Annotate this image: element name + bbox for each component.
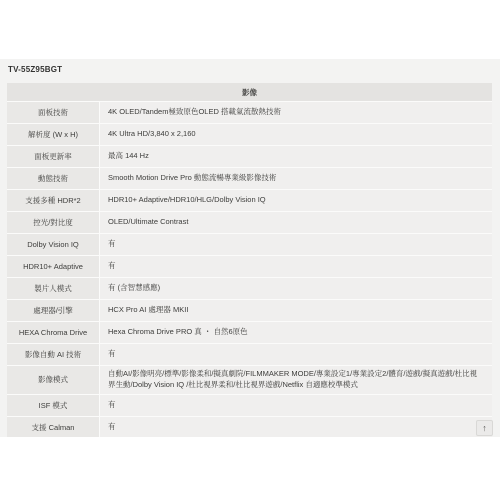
table-row: 支援多種 HDR*2 HDR10+ Adaptive/HDR10/HLG/Dol…	[7, 190, 492, 212]
spec-label: 動態技術	[7, 168, 100, 189]
table-row: 動態技術 Smooth Motion Drive Pro 動態流暢專業級影像技術	[7, 168, 492, 190]
table-row: 解析度 (W x H) 4K Ultra HD/3,840 x 2,160	[7, 124, 492, 146]
spec-label: HDR10+ Adaptive	[7, 256, 100, 277]
page: TV-55Z95BGT 影像 面板技術 4K OLED/Tandem極致原色OL…	[0, 0, 500, 500]
spec-label: 面板更新率	[7, 146, 100, 167]
spec-value: 有	[100, 256, 492, 277]
table-row: 支援 Calman 有	[7, 417, 492, 437]
spec-value: OLED/Ultimate Contrast	[100, 212, 492, 233]
section-header: 影像	[7, 83, 492, 102]
spec-label: 面板技術	[7, 102, 100, 123]
spec-label: ISF 模式	[7, 395, 100, 416]
table-row: 處理器/引擎 HCX Pro AI 處理器 MKII	[7, 300, 492, 322]
spec-value: 有	[100, 234, 492, 255]
spec-value: 有	[100, 344, 492, 365]
back-to-top-button[interactable]: ↑	[476, 420, 493, 436]
spec-label: 支援 Calman	[7, 417, 100, 437]
spec-value: Smooth Motion Drive Pro 動態流暢專業級影像技術	[100, 168, 492, 189]
spec-label: Dolby Vision IQ	[7, 234, 100, 255]
spec-label: 影像自動 AI 技術	[7, 344, 100, 365]
spec-rows-container: 面板技術 4K OLED/Tandem極致原色OLED 搭載氣流散熱技術 解析度…	[7, 102, 492, 437]
spec-label: 製片人模式	[7, 278, 100, 299]
up-arrow-icon: ↑	[482, 423, 487, 433]
page-title: TV-55Z95BGT	[8, 65, 500, 74]
spec-value: 有	[100, 395, 492, 416]
table-row: 控光/對比度 OLED/Ultimate Contrast	[7, 212, 492, 234]
table-row: Dolby Vision IQ 有	[7, 234, 492, 256]
spec-table: 影像 面板技術 4K OLED/Tandem極致原色OLED 搭載氣流散熱技術 …	[7, 83, 492, 437]
spec-label: HEXA Chroma Drive	[7, 322, 100, 343]
spec-value: 4K Ultra HD/3,840 x 2,160	[100, 124, 492, 145]
table-row: 面板更新率 最高 144 Hz	[7, 146, 492, 168]
table-row: 製片人模式 有 (含智慧感應)	[7, 278, 492, 300]
table-row: HDR10+ Adaptive 有	[7, 256, 492, 278]
spec-label: 支援多種 HDR*2	[7, 190, 100, 211]
spec-value: HDR10+ Adaptive/HDR10/HLG/Dolby Vision I…	[100, 190, 492, 211]
table-row: 面板技術 4K OLED/Tandem極致原色OLED 搭載氣流散熱技術	[7, 102, 492, 124]
spec-label: 影像模式	[7, 366, 100, 394]
table-row: HEXA Chroma Drive Hexa Chroma Drive PRO …	[7, 322, 492, 344]
spec-label: 處理器/引擎	[7, 300, 100, 321]
spec-label: 控光/對比度	[7, 212, 100, 233]
spec-value: 自動AI/影像明亮/標準/影像柔和/擬真劇院/FILMMAKER MODE/專業…	[100, 366, 492, 394]
spec-value: 有	[100, 417, 492, 437]
spec-value: Hexa Chroma Drive PRO 真 ・ 自然6原色	[100, 322, 492, 343]
spec-label: 解析度 (W x H)	[7, 124, 100, 145]
spec-value: HCX Pro AI 處理器 MKII	[100, 300, 492, 321]
table-row: 影像自動 AI 技術 有	[7, 344, 492, 366]
table-row: ISF 模式 有	[7, 395, 492, 417]
table-row: 影像模式 自動AI/影像明亮/標準/影像柔和/擬真劇院/FILMMAKER MO…	[7, 366, 492, 395]
spec-section: TV-55Z95BGT 影像 面板技術 4K OLED/Tandem極致原色OL…	[0, 59, 500, 437]
spec-value: 最高 144 Hz	[100, 146, 492, 167]
spec-value: 有 (含智慧感應)	[100, 278, 492, 299]
spec-value: 4K OLED/Tandem極致原色OLED 搭載氣流散熱技術	[100, 102, 492, 123]
